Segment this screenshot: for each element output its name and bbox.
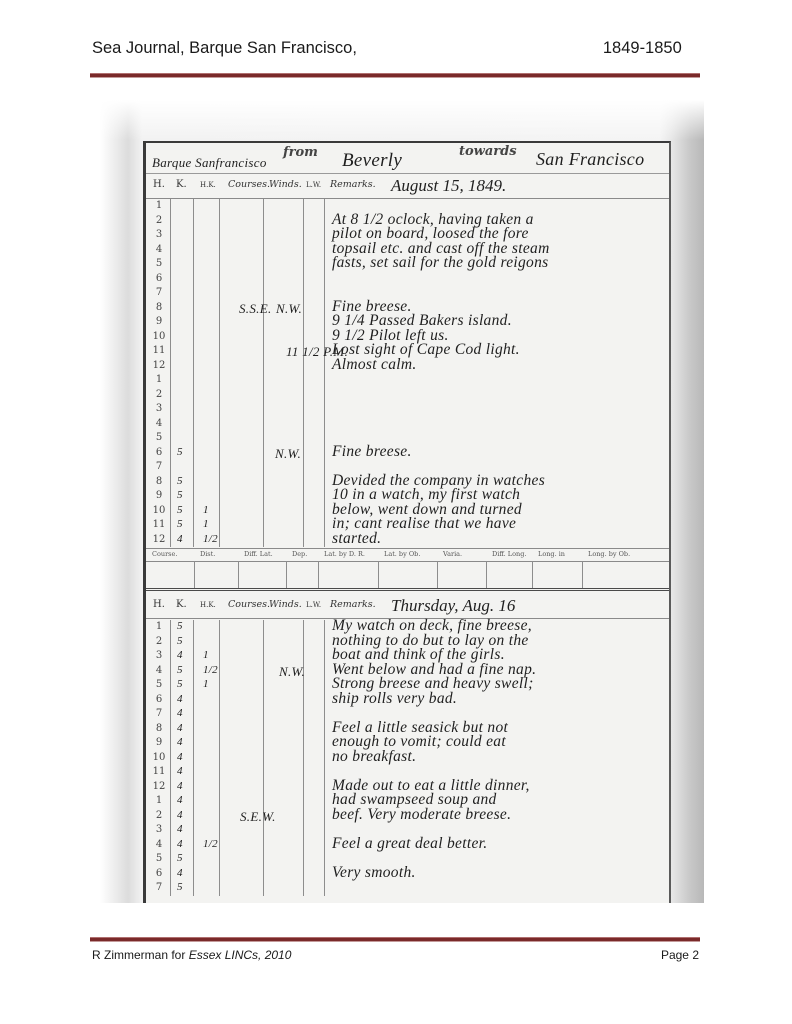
hour-cell: 12 [150,534,168,545]
knots-cell: 5 [177,489,183,501]
half-knots-cell: 1/2 [203,838,218,850]
vessel-name: Barque Sanfrancisco [152,155,267,171]
hour-cell: 3 [150,650,168,661]
hour-cell: 10 [150,505,168,516]
col-remarks: Remarks. [330,179,376,190]
hour-cell: 5 [150,679,168,690]
hour-cell: 4 [150,418,168,429]
half-knots-cell: 1 [203,678,209,690]
hour-cell: 1 [150,621,168,632]
summary-column-label: Diff. Lat. [244,550,273,558]
day1-rows: 123456789101112123456578595105111511241/… [146,199,669,547]
summary-column-label: Diff. Long. [492,550,526,558]
hour-cell: 3 [150,824,168,835]
hour-cell: 1 [150,374,168,385]
hour-cell: 7 [150,882,168,893]
remark-line: Fine breese. [332,445,412,460]
log-row: 6 [146,272,669,287]
hour-cell: 2 [150,810,168,821]
hour-cell: 11 [150,345,168,356]
hour-cell: 7 [150,287,168,298]
knots-cell: 4 [177,649,183,661]
knots-cell: 5 [177,852,183,864]
knots-cell: 5 [177,504,183,516]
hour-cell: 7 [150,461,168,472]
knots-cell: 4 [177,794,183,806]
footer-rule [90,937,700,942]
knots-cell: 4 [177,736,183,748]
summary-column-label: Course. [152,550,177,558]
hour-cell: 4 [150,244,168,255]
hour-cell: 8 [150,476,168,487]
document-title: Sea Journal, Barque San Francisco, [92,38,357,58]
page-footer: R Zimmerman for Essex LINCs, 2010 Page 2 [92,948,699,966]
knots-cell: 5 [177,620,183,632]
summary-column-label: Lat. by D. R. [324,550,365,558]
log-row: 1 [146,373,669,388]
from-label: from [283,145,318,160]
hour-cell: 4 [150,839,168,850]
knots-cell: 4 [177,809,183,821]
day2-rows: 1525341451/25516474849410411412414243444… [146,620,669,896]
hour-cell: 1 [150,200,168,211]
hour-cell: 11 [150,519,168,530]
log-row: 1241/2 [146,533,669,548]
course-note: S.E.W. [240,809,276,825]
hour-cell: 5 [150,258,168,269]
hour-cell: 1 [150,795,168,806]
knots-cell: 4 [177,751,183,763]
page-number: Page 2 [661,948,699,962]
knots-cell: 5 [177,446,183,458]
wind-note: N.W. [276,301,302,317]
summary-column-label: Dep. [292,550,307,558]
document-years: 1849-1850 [603,38,682,58]
summary-header: Course.Dist.Diff. Lat.Dep.Lat. by D. R.L… [146,548,669,562]
hour-cell: 6 [150,273,168,284]
knots-cell: 4 [177,533,183,545]
col-lw: L.W. [306,601,321,609]
hour-cell: 11 [150,766,168,777]
hour-cell: 12 [150,781,168,792]
day2-column-header: H. K. H.K. Courses. Winds. L.W. Remarks.… [146,594,669,619]
summary-column-label: Long. by Ob. [588,550,630,558]
hour-cell: 5 [150,853,168,864]
day1-column-header: H. K. H.K. Courses. Winds. L.W. Remarks.… [146,174,669,199]
course-note: S.S.E. [239,301,272,317]
from-value: Beverly [342,150,402,172]
hour-cell: 9 [150,490,168,501]
day2-date: Thursday, Aug. 16 [391,596,515,616]
half-knots-cell: 1/2 [203,664,218,676]
knots-cell: 4 [177,707,183,719]
scanned-logbook-page: Barque Sanfrancisco from Beverly towards… [100,100,704,903]
hour-cell: 3 [150,403,168,414]
col-k: K. [176,179,187,190]
header-rule [90,73,700,78]
half-knots-cell: 1/2 [203,533,218,545]
knots-cell: 5 [177,518,183,530]
col-courses: Courses. [228,179,270,190]
hour-cell: 7 [150,708,168,719]
remark-line: started. [332,532,381,547]
summary-column-label: Varia. [443,550,462,558]
summary-column-label: Long. in [538,550,565,558]
footer-credit: R Zimmerman for Essex LINCs, 2010 [92,948,291,962]
footer-publication: Essex LINCs, 2010 [189,948,292,962]
hour-cell: 5 [150,432,168,443]
hour-cell: 10 [150,331,168,342]
col-hk: H.K. [200,181,216,189]
lw-time-note: 11 1/2 P.M. [286,344,348,360]
col-h: H. [153,599,165,610]
half-knots-cell: 1 [203,649,209,661]
hour-cell: 6 [150,868,168,879]
knots-cell: 4 [177,823,183,835]
knots-cell: 5 [177,475,183,487]
voyage-title-row: Barque Sanfrancisco from Beverly towards… [146,143,669,174]
hour-cell: 6 [150,694,168,705]
remark-line: Very smooth. [332,866,416,881]
half-knots-cell: 1 [203,504,209,516]
col-k: K. [176,599,187,610]
wind-note: N.W. [275,446,301,462]
hour-cell: 3 [150,229,168,240]
knots-cell: 5 [177,635,183,647]
col-h: H. [153,179,165,190]
hour-cell: 12 [150,360,168,371]
col-hk: H.K. [200,601,216,609]
knots-cell: 4 [177,838,183,850]
knots-cell: 5 [177,664,183,676]
hour-cell: 4 [150,665,168,676]
col-winds: Winds. [269,599,302,610]
summary-row [146,561,669,591]
half-knots-cell: 1 [203,518,209,530]
footer-author: R Zimmerman for [92,948,189,962]
col-courses: Courses. [228,599,270,610]
knots-cell: 4 [177,867,183,879]
col-winds: Winds. [269,179,302,190]
knots-cell: 4 [177,693,183,705]
hour-cell: 2 [150,636,168,647]
wind-note: N.W. [279,664,305,680]
hour-cell: 9 [150,316,168,327]
knots-cell: 5 [177,881,183,893]
day1-date: August 15, 1849. [391,176,506,196]
logbook-table: Barque Sanfrancisco from Beverly towards… [143,141,671,903]
log-row: 3 [146,402,669,417]
col-lw: L.W. [306,181,321,189]
hour-cell: 2 [150,389,168,400]
log-row: 4 [146,417,669,432]
knots-cell: 4 [177,765,183,777]
summary-column-label: Lat. by Ob. [384,550,420,558]
remark-line: ship rolls very bad. [332,692,457,707]
log-row: 75 [146,881,669,896]
summary-column-label: Dist. [200,550,215,558]
hour-cell: 6 [150,447,168,458]
hour-cell: 9 [150,737,168,748]
remark-line: beef. Very moderate breese. [332,808,511,823]
remark-line: Feel a great deal better. [332,837,487,852]
log-row: 2 [146,388,669,403]
knots-cell: 5 [177,678,183,690]
hour-cell: 8 [150,723,168,734]
remark-line: fasts, set sail for the gold reigons [332,256,548,271]
remark-line: no breakfast. [332,750,416,765]
hour-cell: 2 [150,215,168,226]
col-remarks: Remarks. [330,599,376,610]
knots-cell: 4 [177,780,183,792]
towards-label: towards [459,144,517,159]
towards-value: San Francisco [536,149,644,170]
hour-cell: 10 [150,752,168,763]
page-header: Sea Journal, Barque San Francisco, 1849-… [92,38,682,62]
knots-cell: 4 [177,722,183,734]
hour-cell: 8 [150,302,168,313]
